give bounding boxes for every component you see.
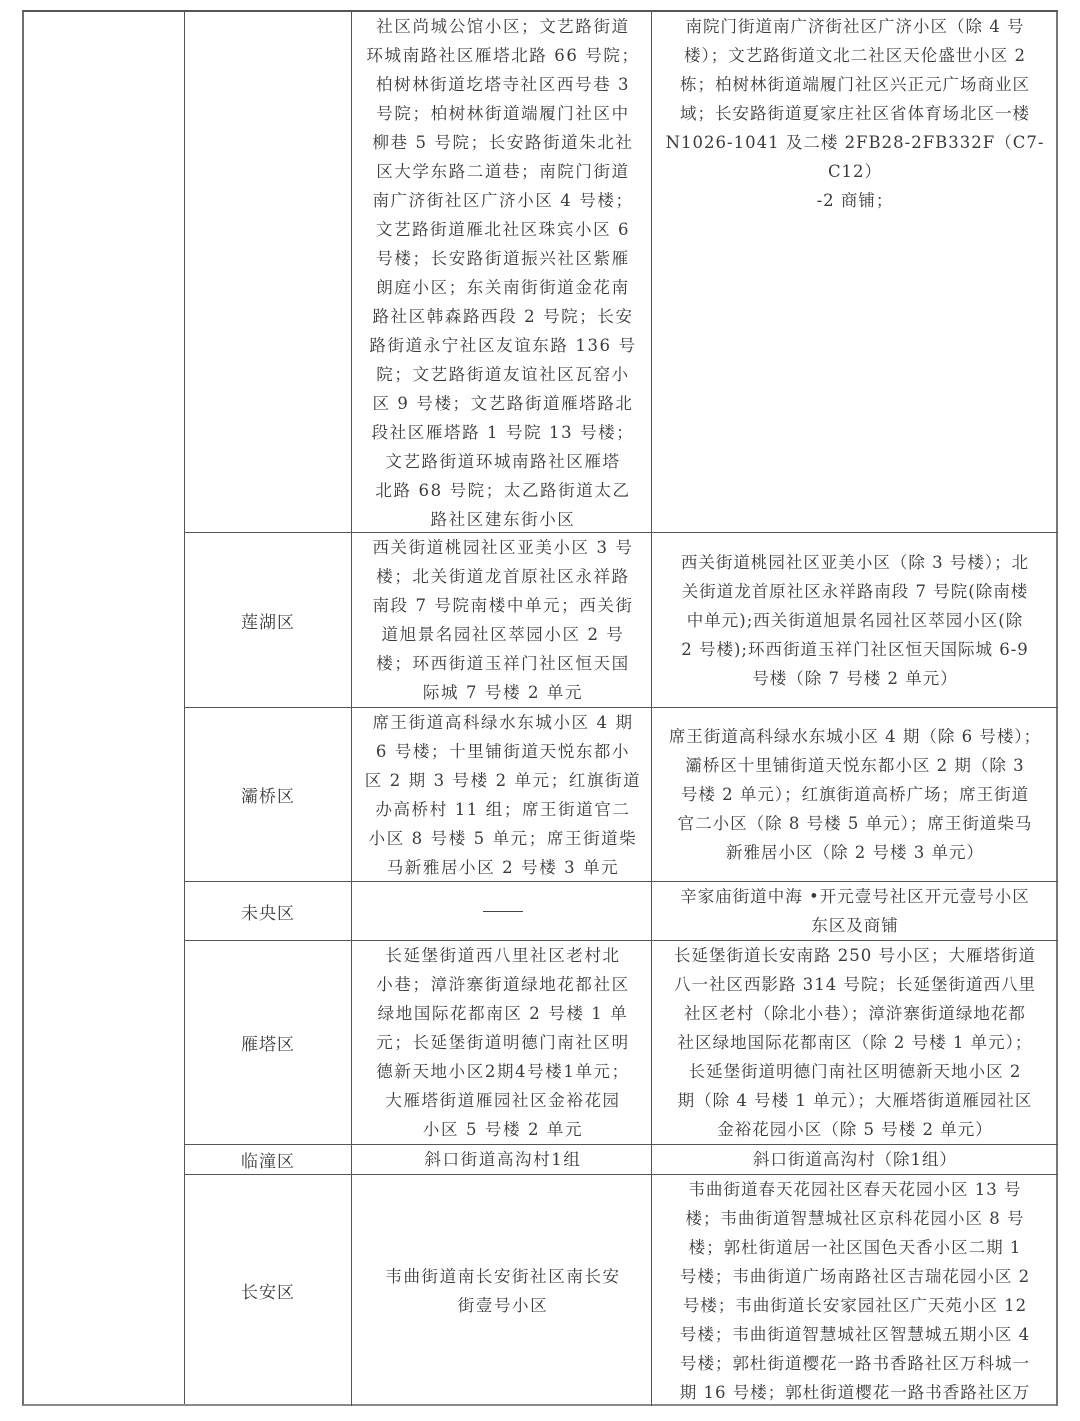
low-risk-area-text: 席王街道高科绿水东城小区 4 期（除 6 号楼）；灞桥区十里铺街道天悦东都小区 … xyxy=(669,722,1041,867)
text-line: 东区及商铺 xyxy=(680,911,1029,940)
text-line: 元；长延堡街道明德门南社区明 xyxy=(376,1028,630,1057)
controlled-area-cell: 社区尚城公馆小区；文艺路街道环城南路社区雁塔北路 66 号院；柏树林街道圪塔寺社… xyxy=(352,12,652,532)
district-cell: 雁塔区 xyxy=(185,941,352,1144)
text-line: 辛家庙街道中海 •开元壹号社区开元壹号小区 xyxy=(680,882,1029,911)
text-line: 号楼；郭杜街道樱花一路书香路社区万科城一 xyxy=(680,1349,1031,1378)
text-line: 号楼（除 7 号楼 2 单元） xyxy=(681,664,1029,693)
text-line: 八一社区西影路 314 号院；长延堡街道西八里 xyxy=(674,970,1036,999)
text-line: 小区 8 号楼 5 单元；席王街道柴 xyxy=(365,824,641,853)
controlled-area-text: 社区尚城公馆小区；文艺路街道环城南路社区雁塔北路 66 号院；柏树林街道圪塔寺社… xyxy=(366,12,639,534)
table-row: 莲湖区 西关街道桃园社区亚美小区 3 号楼；北关街道龙首原社区永祥路南段 7 号… xyxy=(185,533,1058,708)
text-line: 楼）；文艺路街道文北二社区天伦盛世小区 2 xyxy=(662,41,1048,70)
low-risk-area-text: 南院门街道南广济街社区广济小区（除 4 号楼）；文艺路街道文北二社区天伦盛世小区… xyxy=(662,12,1048,215)
text-line: 社区绿地国际花都南区（除 2 号楼 1 单元）； xyxy=(674,1028,1036,1057)
text-line: 社区老村（除北小巷）；漳浒寨街道绿地花都 xyxy=(674,999,1036,1028)
district-cell: 未央区 xyxy=(185,882,352,940)
table-row: 未央区 辛家庙街道中海 •开元壹号社区开元壹号小区东区及商铺 xyxy=(185,882,1058,941)
text-line: 南院门街道南广济街社区广济小区（除 4 号 xyxy=(662,12,1048,41)
text-line: 路社区韩森路西段 2 号院；长安 xyxy=(366,302,639,331)
text-line: 号楼；韦曲街道广场南路社区吉瑞花园小区 2 xyxy=(680,1262,1031,1291)
text-line: 办高桥村 11 组；席王街道官二 xyxy=(365,795,641,824)
text-line: 席王街道高科绿水东城小区 4 期（除 6 号楼）； xyxy=(669,722,1041,751)
table-row: 灞桥区 席王街道高科绿水东城小区 4 期6 号楼；十里铺街道天悦东都小区 2 期… xyxy=(185,708,1058,882)
controlled-area-text: 席王街道高科绿水东城小区 4 期6 号楼；十里铺街道天悦东都小区 2 期 3 号… xyxy=(365,708,641,882)
district-cell: 灞桥区 xyxy=(185,708,352,881)
text-line: 段社区雁塔路 1 号院 13 号楼； xyxy=(366,418,639,447)
text-line: 环城南路社区雁塔北路 66 号院； xyxy=(366,41,639,70)
controlled-area-cell: 席王街道高科绿水东城小区 4 期6 号楼；十里铺街道天悦东都小区 2 期 3 号… xyxy=(352,708,652,881)
text-line: 文艺路街道雁北社区珠宾小区 6 xyxy=(366,215,639,244)
low-risk-area-cell: 长延堡街道长安南路 250 号小区；大雁塔街道八一社区西影路 314 号院；长延… xyxy=(652,941,1058,1144)
text-line: 号楼；韦曲街道长安家园社区广天苑小区 12 xyxy=(680,1291,1031,1320)
low-risk-area-text: 长延堡街道长安南路 250 号小区；大雁塔街道八一社区西影路 314 号院；长延… xyxy=(674,941,1036,1144)
text-line: 南段 7 号院南楼中单元；西关街 xyxy=(372,591,633,620)
district-cell: 临潼区 xyxy=(185,1145,352,1174)
text-line: 西关街道桃园社区亚美小区（除 3 号楼）；北 xyxy=(681,548,1029,577)
controlled-area-cell: 长延堡街道西八里社区老村北小巷；漳浒寨街道绿地花都社区绿地国际花都南区 2 号楼… xyxy=(352,941,652,1144)
text-line: 绿地国际花都南区 2 号楼 1 单 xyxy=(376,999,630,1028)
controlled-area-cell: 斜口街道高沟村1组 xyxy=(352,1145,652,1174)
text-line: 区 9 号楼；文艺路街道雁塔路北 xyxy=(366,389,639,418)
text-line: 际城 7 号楼 2 单元 xyxy=(372,678,633,707)
text-line: 官二小区（除 8 号楼 5 单元）；席王街道柴马 xyxy=(669,809,1041,838)
city-column-cell xyxy=(24,12,185,1404)
text-line: 大雁塔街道雁园社区金裕花园 xyxy=(376,1086,630,1115)
text-line: 韦曲街道春天花园社区春天花园小区 13 号 xyxy=(680,1175,1031,1204)
text-line: 号楼 2 单元）；红旗街道高桥广场；席王街道 xyxy=(669,780,1041,809)
text-line: 区大学东路二道巷；南院门街道 xyxy=(366,157,639,186)
text-line: 楼；郭杜街道居一社区国色天香小区二期 1 xyxy=(680,1233,1031,1262)
controlled-area-cell xyxy=(352,882,652,940)
controlled-area-cell: 韦曲街道南长安街社区南长安街壹号小区 xyxy=(352,1175,652,1406)
text-line: 道旭景名园社区萃园小区 2 号 xyxy=(372,620,633,649)
text-line: 朗庭小区；东关南街街道金花南 xyxy=(366,273,639,302)
table-row: 长安区 韦曲街道南长安街社区南长安街壹号小区 韦曲街道春天花园社区春天花园小区 … xyxy=(185,1175,1058,1406)
low-risk-area-cell: 辛家庙街道中海 •开元壹号社区开元壹号小区东区及商铺 xyxy=(652,882,1058,940)
text-line: 关街道龙首原社区永祥路南段 7 号院(除南楼 xyxy=(681,577,1029,606)
text-line: 号楼；韦曲街道智慧城社区智慧城五期小区 4 xyxy=(680,1320,1031,1349)
district-cell: 莲湖区 xyxy=(185,533,352,707)
text-line: 中单元);西关街道旭景名园社区萃园小区(除 xyxy=(681,606,1029,635)
text-line: 街壹号小区 xyxy=(385,1291,620,1320)
text-line: 长延堡街道长安南路 250 号小区；大雁塔街道 xyxy=(674,941,1036,970)
controlled-area-text: 长延堡街道西八里社区老村北小巷；漳浒寨街道绿地花都社区绿地国际花都南区 2 号楼… xyxy=(376,941,630,1144)
controlled-area-cell: 西关街道桃园社区亚美小区 3 号楼；北关街道龙首原社区永祥路南段 7 号院南楼中… xyxy=(352,533,652,707)
text-line: 柳巷 5 号院；长安路街道朱北社 xyxy=(366,128,639,157)
district-cell xyxy=(185,12,352,532)
text-line: 小巷；漳浒寨街道绿地花都社区 xyxy=(376,970,630,999)
text-line: 长延堡街道西八里社区老村北 xyxy=(376,941,630,970)
district-cell: 长安区 xyxy=(185,1175,352,1406)
empty-dash xyxy=(483,911,523,912)
risk-area-table: 社区尚城公馆小区；文艺路街道环城南路社区雁塔北路 66 号院；柏树林街道圪塔寺社… xyxy=(22,10,1058,1406)
text-line: -2 商铺； xyxy=(662,186,1048,215)
text-line: 西关街道桃园社区亚美小区 3 号 xyxy=(372,533,633,562)
text-line: 期 16 号楼；郭杜街道樱花一路书香路社区万 xyxy=(680,1378,1031,1407)
text-line: 栋；柏树林街道端履门社区兴正元广场商业区 xyxy=(662,70,1048,99)
controlled-area-text: 韦曲街道南长安街社区南长安街壹号小区 xyxy=(385,1262,620,1320)
low-risk-area-cell: 西关街道桃园社区亚美小区（除 3 号楼）；北关街道龙首原社区永祥路南段 7 号院… xyxy=(652,533,1058,707)
text-line: 区 2 期 3 号楼 2 单元；红旗街道 xyxy=(365,766,641,795)
low-risk-area-text: 韦曲街道春天花园社区春天花园小区 13 号楼；韦曲街道智慧城社区京科花园小区 8… xyxy=(680,1175,1031,1407)
text-line: 路社区建东街小区 xyxy=(366,505,639,534)
text-line: 路街道永宁社区友谊东路 136 号 xyxy=(366,331,639,360)
text-line: 金裕花园小区（除 5 号楼 2 单元） xyxy=(674,1115,1036,1144)
text-line: 南广济街社区广济小区 4 号楼； xyxy=(366,186,639,215)
low-risk-area-cell: 韦曲街道春天花园社区春天花园小区 13 号楼；韦曲街道智慧城社区京科花园小区 8… xyxy=(652,1175,1058,1406)
text-line: 楼；环西街道玉祥门社区恒天国 xyxy=(372,649,633,678)
text-line: 席王街道高科绿水东城小区 4 期 xyxy=(365,708,641,737)
text-line: 号楼；长安路街道振兴社区紫雁 xyxy=(366,244,639,273)
text-line: 文艺路街道环城南路社区雁塔 xyxy=(366,447,639,476)
text-line: 2 号楼);环西街道玉祥门社区恒天国际城 6-9 xyxy=(681,635,1029,664)
text-line: 韦曲街道南长安街社区南长安 xyxy=(385,1262,620,1291)
text-line: 6 号楼；十里铺街道天悦东都小 xyxy=(365,737,641,766)
text-line: 新雅居小区（除 2 号楼 3 单元） xyxy=(669,838,1041,867)
low-risk-area-cell: 斜口街道高沟村（除1组） xyxy=(652,1145,1058,1174)
text-line: 灞桥区十里铺街道天悦东都小区 2 期（除 3 xyxy=(669,751,1041,780)
controlled-area-text: 西关街道桃园社区亚美小区 3 号楼；北关街道龙首原社区永祥路南段 7 号院南楼中… xyxy=(372,533,633,707)
text-line: 德新天地小区2期4号楼1单元； xyxy=(376,1057,630,1086)
text-line: 社区尚城公馆小区；文艺路街道 xyxy=(366,12,639,41)
text-line: 楼；北关街道龙首原社区永祥路 xyxy=(372,562,633,591)
text-line: 小区 5 号楼 2 单元 xyxy=(376,1115,630,1144)
low-risk-area-text: 辛家庙街道中海 •开元壹号社区开元壹号小区东区及商铺 xyxy=(680,882,1029,940)
text-line: 楼；韦曲街道智慧城社区京科花园小区 8 号 xyxy=(680,1204,1031,1233)
text-line: 院；文艺路街道友谊社区瓦窑小 xyxy=(366,360,639,389)
text-line: 柏树林街道圪塔寺社区西号巷 3 xyxy=(366,70,639,99)
text-line: 号院；柏树林街道端履门社区中 xyxy=(366,99,639,128)
text-line: 期（除 4 号楼 1 单元）；大雁塔街道雁园社区 xyxy=(674,1086,1036,1115)
table-row: 临潼区 斜口街道高沟村1组 斜口街道高沟村（除1组） xyxy=(185,1145,1058,1175)
text-line: 域；长安路街道夏家庄社区省体育场北区一楼 xyxy=(662,99,1048,128)
low-risk-area-cell: 席王街道高科绿水东城小区 4 期（除 6 号楼）；灞桥区十里铺街道天悦东都小区 … xyxy=(652,708,1058,881)
table-row: 社区尚城公馆小区；文艺路街道环城南路社区雁塔北路 66 号院；柏树林街道圪塔寺社… xyxy=(185,12,1058,533)
text-line: 北路 68 号院；太乙路街道太乙 xyxy=(366,476,639,505)
text-line: 长延堡街道明德门南社区明德新天地小区 2 xyxy=(674,1057,1036,1086)
text-line: 马新雅居小区 2 号楼 3 单元 xyxy=(365,853,641,882)
text-line: N1026-1041 及二楼 2FB28-2FB332F（C7-C12） xyxy=(662,128,1048,186)
low-risk-area-text: 西关街道桃园社区亚美小区（除 3 号楼）；北关街道龙首原社区永祥路南段 7 号院… xyxy=(681,548,1029,693)
table-row: 雁塔区 长延堡街道西八里社区老村北小巷；漳浒寨街道绿地花都社区绿地国际花都南区 … xyxy=(185,941,1058,1145)
low-risk-area-cell: 南院门街道南广济街社区广济小区（除 4 号楼）；文艺路街道文北二社区天伦盛世小区… xyxy=(652,12,1058,532)
